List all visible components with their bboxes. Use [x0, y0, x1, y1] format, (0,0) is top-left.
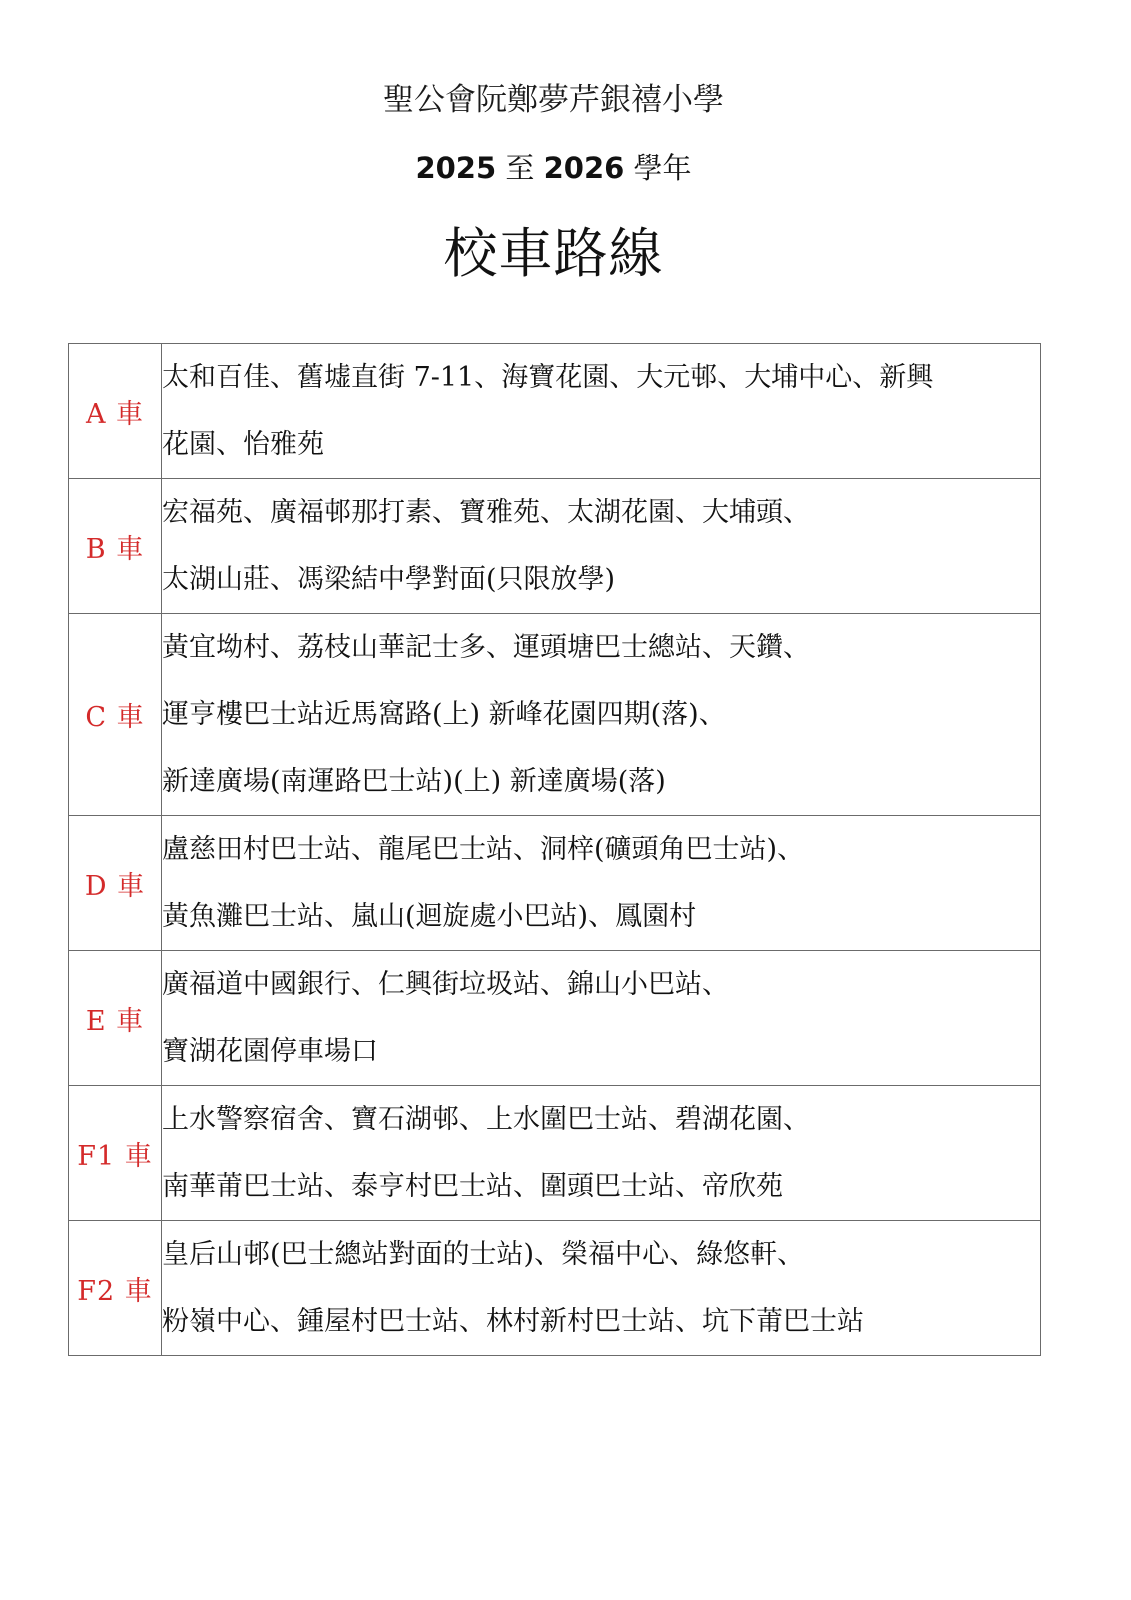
stop-line: 粉嶺中心、鍾屋村巴士站、林村新村巴士站、坑下莆巴士站 [162, 1288, 1040, 1355]
stop-line: 廣福道中國銀行、仁興街垃圾站、錦山小巴站、 [162, 951, 1040, 1018]
stop-line: 黃宜坳村、荔枝山華記士多、運頭塘巴士總站、天鑽、 [162, 614, 1040, 681]
bus-routes-table: A 車 太和百佳、舊墟直街 7-11、海寶花園、大元邨、大埔中心、新興 花園、怡… [68, 343, 1041, 1356]
stop-line: 運亨樓巴士站近馬窩路(上) 新峰花園四期(落)、 [162, 681, 1040, 748]
year-suffix: 學年 [624, 151, 691, 185]
bus-label: D 車 [69, 816, 162, 951]
stop-line: 新達廣場(南運路巴士站)(上) 新達廣場(落) [162, 748, 1040, 815]
stop-line: 花園、怡雅苑 [162, 411, 1040, 478]
stop-line: 太湖山莊、馮梁結中學對面(只限放學) [162, 546, 1040, 613]
year-separator: 至 [496, 151, 543, 185]
route-row-f1: F1 車 上水警察宿舍、寶石湖邨、上水圍巴士站、碧湖花園、 南華莆巴士站、泰亨村… [69, 1086, 1041, 1221]
route-stops: 盧慈田村巴士站、龍尾巴士站、洞梓(礦頭角巴士站)、 黃魚灘巴士站、嵐山(迴旋處小… [162, 816, 1041, 951]
bus-label: F1 車 [69, 1086, 162, 1221]
stop-line: 太和百佳、舊墟直街 7-11、海寶花園、大元邨、大埔中心、新興 [162, 344, 1040, 411]
stop-line: 盧慈田村巴士站、龍尾巴士站、洞梓(礦頭角巴士站)、 [162, 816, 1040, 883]
route-stops: 皇后山邨(巴士總站對面的士站)、榮福中心、綠悠軒、 粉嶺中心、鍾屋村巴士站、林村… [162, 1221, 1041, 1356]
route-stops: 上水警察宿舍、寶石湖邨、上水圍巴士站、碧湖花園、 南華莆巴士站、泰亨村巴士站、圍… [162, 1086, 1041, 1221]
route-row-b: B 車 宏福苑、廣福邨那打素、寶雅苑、太湖花園、大埔頭、 太湖山莊、馮梁結中學對… [69, 479, 1041, 614]
stop-line: 寶湖花園停車場口 [162, 1018, 1040, 1085]
route-row-e: E 車 廣福道中國銀行、仁興街垃圾站、錦山小巴站、 寶湖花園停車場口 [69, 951, 1041, 1086]
school-name: 聖公會阮鄭夢芹銀禧小學 [0, 78, 1107, 122]
bus-label: A 車 [69, 344, 162, 479]
route-stops: 黃宜坳村、荔枝山華記士多、運頭塘巴士總站、天鑽、 運亨樓巴士站近馬窩路(上) 新… [162, 614, 1041, 816]
bus-label: C 車 [69, 614, 162, 816]
route-row-a: A 車 太和百佳、舊墟直街 7-11、海寶花園、大元邨、大埔中心、新興 花園、怡… [69, 344, 1041, 479]
bus-label: E 車 [69, 951, 162, 1086]
stop-line: 宏福苑、廣福邨那打素、寶雅苑、太湖花園、大埔頭、 [162, 479, 1040, 546]
stop-line: 上水警察宿舍、寶石湖邨、上水圍巴士站、碧湖花園、 [162, 1086, 1040, 1153]
bus-label: B 車 [69, 479, 162, 614]
route-row-f2: F2 車 皇后山邨(巴士總站對面的士站)、榮福中心、綠悠軒、 粉嶺中心、鍾屋村巴… [69, 1221, 1041, 1356]
stop-line: 南華莆巴士站、泰亨村巴士站、圍頭巴士站、帝欣苑 [162, 1153, 1040, 1220]
route-row-d: D 車 盧慈田村巴士站、龍尾巴士站、洞梓(礦頭角巴士站)、 黃魚灘巴士站、嵐山(… [69, 816, 1041, 951]
route-stops: 廣福道中國銀行、仁興街垃圾站、錦山小巴站、 寶湖花園停車場口 [162, 951, 1041, 1086]
stop-line: 皇后山邨(巴士總站對面的士站)、榮福中心、綠悠軒、 [162, 1221, 1040, 1288]
page-title: 校車路線 [0, 218, 1107, 290]
bus-label: F2 車 [69, 1221, 162, 1356]
route-stops: 宏福苑、廣福邨那打素、寶雅苑、太湖花園、大埔頭、 太湖山莊、馮梁結中學對面(只限… [162, 479, 1041, 614]
stop-line: 黃魚灘巴士站、嵐山(迴旋處小巴站)、鳳園村 [162, 883, 1040, 950]
school-year: 2025 至 2026 學年 [0, 146, 1107, 190]
route-stops: 太和百佳、舊墟直街 7-11、海寶花園、大元邨、大埔中心、新興 花園、怡雅苑 [162, 344, 1041, 479]
route-row-c: C 車 黃宜坳村、荔枝山華記士多、運頭塘巴士總站、天鑽、 運亨樓巴士站近馬窩路(… [69, 614, 1041, 816]
year-end: 2026 [544, 151, 625, 185]
year-start: 2025 [415, 151, 496, 185]
